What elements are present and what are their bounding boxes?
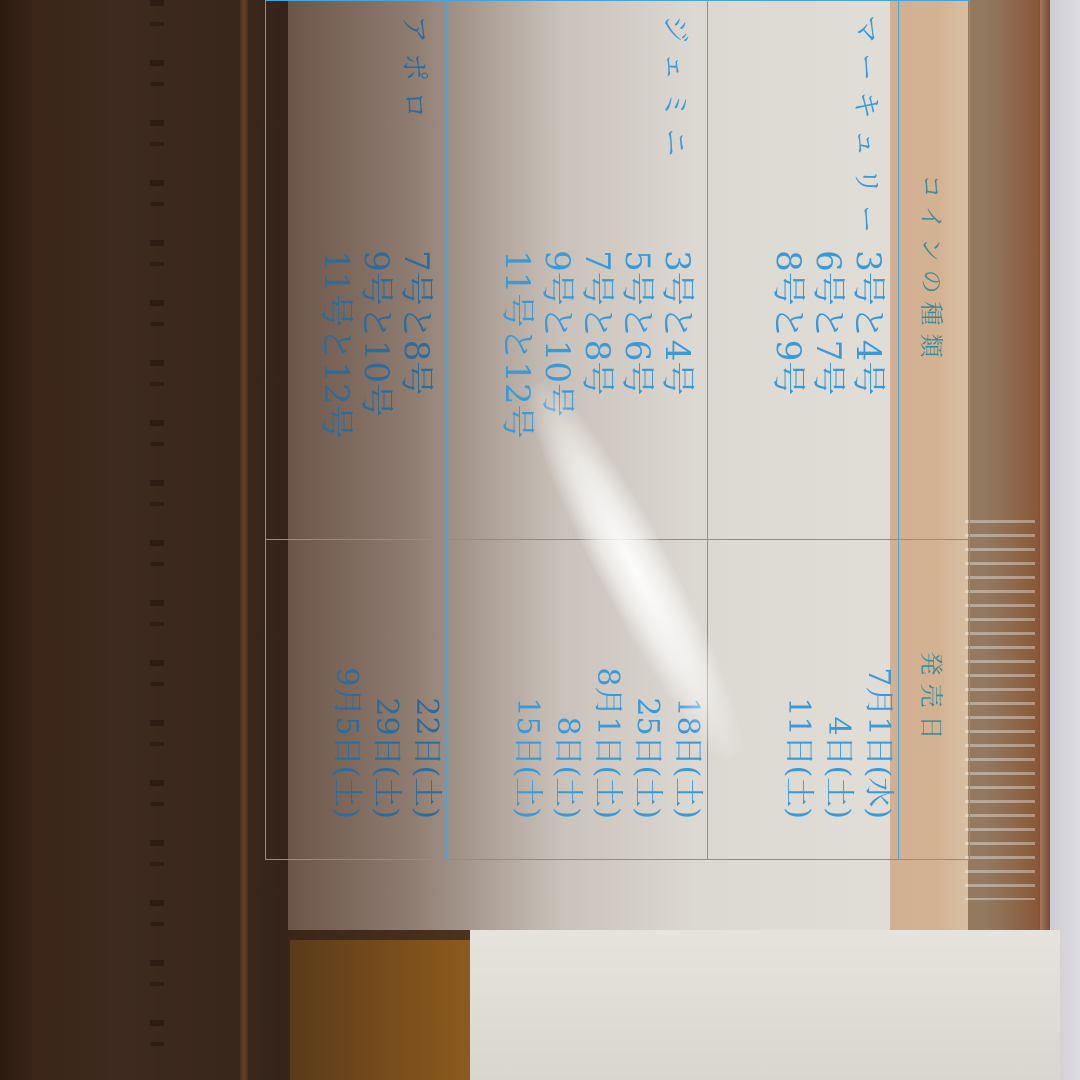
issue-list: 3号と4号 6号と7号 8号と9号 bbox=[768, 250, 888, 395]
dark-background bbox=[0, 0, 290, 1080]
date-item: 15日(土) bbox=[507, 540, 547, 859]
date-item: 29日(土) bbox=[366, 540, 406, 859]
coin-release-schedule: コインの種類 発売日 マーキュリー 3号と4号 6号と7号 8号と9号 7月1日… bbox=[265, 0, 970, 860]
issue-item: 3号と4号 bbox=[657, 250, 697, 439]
issue-list: 7号と8号 9号と10号 11号と12号 bbox=[316, 250, 436, 439]
header-row: コインの種類 発売日 bbox=[899, 1, 970, 860]
program-name: ジェミニ bbox=[657, 15, 697, 245]
date-cell: 22日(土) 29日(土) 9月5日(土) bbox=[266, 539, 447, 859]
issue-item: 11号と12号 bbox=[316, 250, 356, 439]
lower-paper bbox=[470, 930, 1060, 1080]
date-item: 9月5日(土) bbox=[326, 540, 366, 859]
stain-streak bbox=[150, 0, 164, 1080]
issue-item: 8号と9号 bbox=[768, 250, 808, 395]
program-cell: アポロ 7号と8号 9号と10号 11号と12号 bbox=[266, 1, 447, 540]
header-release-date: 発売日 bbox=[899, 539, 970, 859]
date-item: 22日(土) bbox=[406, 540, 446, 859]
header-coin-type: コインの種類 bbox=[899, 1, 970, 540]
date-item: 8日(土) bbox=[547, 540, 587, 859]
program-name: マーキュリー bbox=[848, 15, 888, 245]
date-item: 4日(土) bbox=[818, 540, 858, 859]
issue-item: 5号と6号 bbox=[617, 250, 657, 439]
tape-gloss bbox=[965, 520, 1035, 900]
issue-item: 3号と4号 bbox=[848, 250, 888, 395]
issue-item: 9号と10号 bbox=[356, 250, 396, 439]
issue-item: 7号と8号 bbox=[396, 250, 436, 439]
board-edge bbox=[240, 0, 248, 1080]
program-name: アポロ bbox=[396, 15, 436, 245]
issue-item: 6号と7号 bbox=[808, 250, 848, 395]
schedule-table-rotated: コインの種類 発売日 マーキュリー 3号と4号 6号と7号 8号と9号 7月1日… bbox=[290, 0, 970, 860]
date-item: 7月1日(水) bbox=[858, 540, 898, 859]
date-item: 11日(土) bbox=[778, 540, 818, 859]
program-cell: マーキュリー 3号と4号 6号と7号 8号と9号 bbox=[708, 1, 899, 540]
table-row: アポロ 7号と8号 9号と10号 11号と12号 22日(土) 29日(土) 9… bbox=[266, 1, 447, 860]
orange-panel bbox=[290, 940, 470, 1080]
